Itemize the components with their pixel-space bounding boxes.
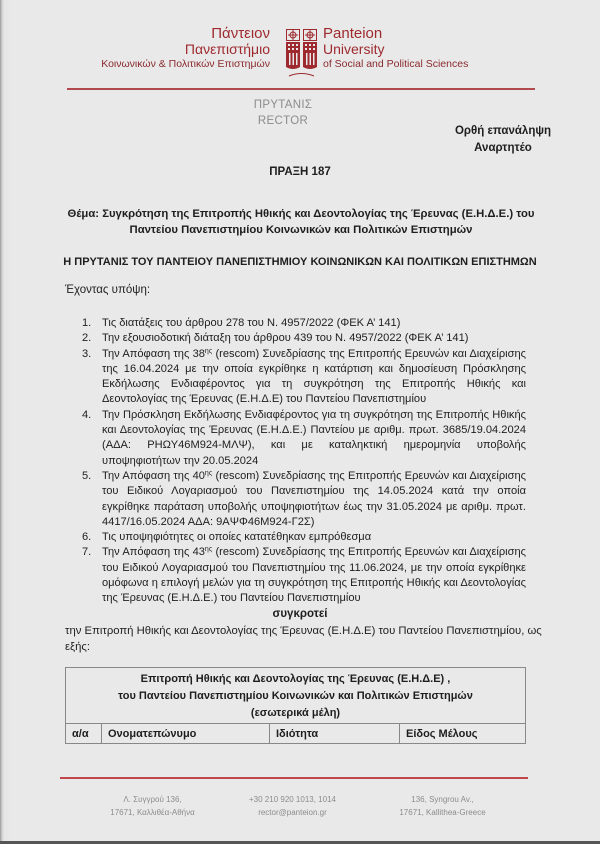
- list-item-text: Την Πρόσκληση Εκδήλωσης Ενδιαφέροντος γι…: [102, 409, 526, 467]
- office-label-english: RECTOR: [200, 113, 366, 129]
- logo-greek-text: Πάντειον Πανεπιστήμιο Κοινωνικών & Πολιτ…: [101, 26, 270, 72]
- list-item: 7.Την Απόφαση της 43ης (rescom) Συνεδρία…: [82, 545, 526, 606]
- logo-greek-line-3: Κοινωνικών & Πολιτικών Επιστημών: [101, 57, 270, 72]
- constitutes-text: την Επιτροπή Ηθικής και Δεοντολογίας της…: [65, 623, 545, 655]
- constitutes-heading: συγκροτεί: [0, 608, 600, 620]
- logo-english-line-1: Panteion: [323, 26, 468, 42]
- footer-address-english: 136, Syngrou Av., 17671, Kallithea-Greec…: [390, 793, 495, 819]
- list-item-text: Τις υποψηφιότητες οι οποίες κατατέθηκαν …: [102, 531, 371, 543]
- footer-address-greek: Λ. Συγγρού 136, 17671, Καλλιθέα-Αθήνα: [100, 793, 205, 819]
- list-item: 6.Τις υποψηφιότητες οι οποίες κατατέθηκα…: [82, 530, 526, 545]
- list-item-text: Την Απόφαση της 40: [102, 470, 205, 482]
- logo-english-line-3: of Social and Political Sciences: [323, 57, 468, 72]
- act-title: ΠΡΑΞΗ 187: [0, 166, 600, 178]
- logo-english-line-2: University: [323, 42, 468, 57]
- list-item-number: 6.: [82, 530, 91, 545]
- subject-line-1: Θέμα: Συγκρότηση της Επιτροπής Ηθικής κα…: [60, 206, 542, 222]
- list-item: 3.Την Απόφαση της 38ης (rescom) Συνεδρία…: [82, 347, 526, 408]
- footer-address-english-line-1: 136, Syngrou Av.,: [390, 793, 495, 806]
- list-item-number: 1.: [82, 316, 91, 331]
- document-stamp: Ορθή επανάληψη Αναρτητέο: [410, 123, 596, 157]
- rector-heading: Η ΠΡΥΤΑΝΙΣ ΤΟΥ ΠΑΝΤΕΙΟΥ ΠΑΝΕΠΙΣΤΗΜΙΟΥ ΚΟ…: [60, 256, 540, 268]
- column-header-capacity: Ιδιότητα: [270, 724, 400, 744]
- document-page: Πάντειον Πανεπιστήμιο Κοινωνικών & Πολιτ…: [0, 0, 600, 844]
- footer-email[interactable]: rector@panteion.gr: [240, 806, 345, 819]
- committee-members-table: Επιτροπή Ηθικής και Δεοντολογίας της Έρε…: [65, 667, 526, 744]
- considerations-list: 1.Τις διατάξεις του άρθρου 278 του Ν. 49…: [82, 316, 526, 607]
- footer-address-greek-line-1: Λ. Συγγρού 136,: [100, 793, 205, 806]
- footer-phone: +30 210 920 1013, 1014: [240, 793, 345, 806]
- table-header-row: α/α Ονοματεπώνυμο Ιδιότητα Είδος Μέλους: [66, 724, 526, 744]
- list-item-number: 4.: [82, 408, 91, 423]
- list-item: 4.Την Πρόσκληση Εκδήλωσης Ενδιαφέροντος …: [82, 408, 526, 469]
- office-label: ΠΡΥΤΑΝΙΣ RECTOR: [200, 97, 366, 129]
- footer-address-greek-line-2: 17671, Καλλιθέα-Αθήνα: [100, 806, 205, 819]
- list-item-number: 3.: [82, 347, 91, 362]
- table-caption-line-2: του Παντείου Πανεπιστημίου Κοινωνικών κα…: [66, 688, 525, 705]
- table-caption-line-1: Επιτροπή Ηθικής και Δεοντολογίας της Έρε…: [66, 671, 525, 688]
- stamp-line-1: Ορθή επανάληψη: [410, 123, 596, 140]
- logo-english-text: Panteion University of Social and Politi…: [323, 26, 468, 72]
- table-caption: Επιτροπή Ηθικής και Δεοντολογίας της Έρε…: [66, 668, 526, 724]
- list-item: 2.Την εξουσιοδοτική διάταξη του άρθρου 4…: [82, 331, 526, 346]
- stamp-line-2: Αναρτητέο: [410, 140, 596, 157]
- considering-label: Έχοντας υπόψη:: [65, 284, 150, 296]
- list-item: 1.Τις διατάξεις του άρθρου 278 του Ν. 49…: [82, 316, 526, 331]
- logo-greek-line-2: Πανεπιστήμιο: [101, 42, 270, 57]
- list-item-text: Τις διατάξεις του άρθρου 278 του Ν. 4957…: [102, 317, 400, 329]
- column-header-member-type: Είδος Μέλους: [400, 724, 526, 744]
- list-item-number: 2.: [82, 331, 91, 346]
- panteion-emblem-icon: [285, 27, 318, 79]
- footer-divider: [60, 777, 528, 779]
- header-divider: [67, 88, 535, 90]
- list-item-text: Την Απόφαση της 43: [102, 546, 205, 558]
- table-caption-line-3: (εσωτερικά μέλη): [66, 705, 525, 722]
- list-item-number: 5.: [82, 469, 91, 484]
- footer-address-english-line-2: 17671, Kallithea-Greece: [390, 806, 495, 819]
- office-label-greek: ΠΡΥΤΑΝΙΣ: [200, 97, 366, 113]
- subject-line-2: Παντείου Πανεπιστημίου Κοινωνικών και Πο…: [60, 222, 542, 238]
- column-header-index: α/α: [66, 724, 102, 744]
- footer-contact: +30 210 920 1013, 1014 rector@panteion.g…: [240, 793, 345, 819]
- list-item: 5.Την Απόφαση της 40ης (rescom) Συνεδρία…: [82, 469, 526, 530]
- list-item-text: Την Απόφαση της 38: [102, 348, 205, 360]
- list-item-text: Την εξουσιοδοτική διάταξη του άρθρου 439…: [102, 332, 468, 344]
- column-header-name: Ονοματεπώνυμο: [102, 724, 270, 744]
- subject-heading: Θέμα: Συγκρότηση της Επιτροπής Ηθικής κα…: [60, 206, 542, 238]
- list-item-number: 7.: [82, 545, 91, 560]
- logo-greek-line-1: Πάντειον: [101, 26, 270, 42]
